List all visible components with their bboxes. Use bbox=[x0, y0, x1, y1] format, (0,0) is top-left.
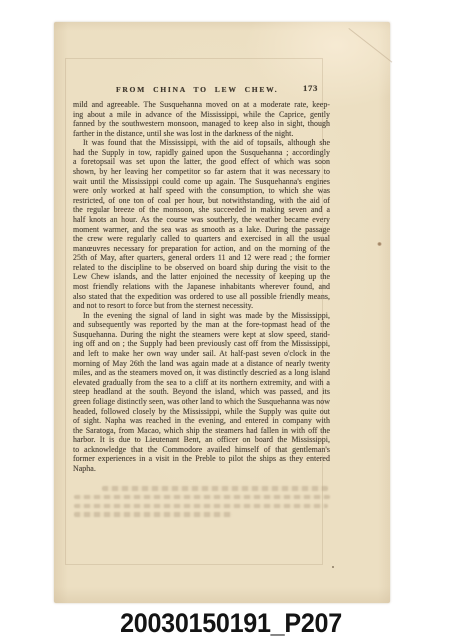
text-line: headed, followed closely by the Mississi… bbox=[73, 407, 330, 417]
text-line: wait until the Mississippi could come up… bbox=[73, 177, 330, 187]
text-line: were only worked at half speed with the … bbox=[73, 186, 330, 196]
corner-crease bbox=[348, 28, 392, 63]
text-line: Napha. bbox=[73, 464, 330, 474]
scan-canvas: FROM CHINA TO LEW CHEW. 173 mild and agr… bbox=[0, 0, 449, 640]
text-line: and left to make her own way under sail.… bbox=[73, 349, 330, 359]
text-line: a foretopsail was set upon the latter, t… bbox=[73, 157, 330, 167]
text-line: fanned by the southwestern monsoon, mana… bbox=[73, 119, 330, 129]
text-line: miles, and as the steamers moved on, it … bbox=[73, 368, 330, 378]
text-line: It was found that the Mississippi, with … bbox=[73, 138, 330, 148]
text-line: had the Supply in tow, rapidly gained up… bbox=[73, 148, 330, 158]
text-line: Lew Chew islands, and the latter enjoine… bbox=[73, 272, 330, 282]
text-line: moment warmer, and the sea was as smooth… bbox=[73, 225, 330, 235]
text-line: most friendly relations with the Japanes… bbox=[73, 282, 330, 292]
text-line: the Saratoga, from Macao, which ship the… bbox=[73, 426, 330, 436]
bleed-through-line bbox=[74, 504, 328, 509]
bleed-through-text bbox=[74, 486, 330, 521]
foxing-spot bbox=[377, 242, 382, 246]
bleed-through-line bbox=[74, 512, 232, 517]
text-line: of sight. Napha was reached in the eveni… bbox=[73, 416, 330, 426]
page-number: 173 bbox=[303, 83, 318, 93]
text-line: shown, by her leaving her competitor so … bbox=[73, 167, 330, 177]
text-line: 25th of May, after quarters, general ord… bbox=[73, 253, 330, 263]
text-line: ing about a mile in advance of the Missi… bbox=[73, 110, 330, 120]
text-line: green foliage distinctly seen, was other… bbox=[73, 397, 330, 407]
text-line: elevated gradually from the sea to a cli… bbox=[73, 378, 330, 388]
text-line: In the evening the signal of land in sig… bbox=[73, 311, 330, 321]
text-line: farther in the distance, until she was l… bbox=[73, 129, 330, 139]
text-line: half knots an hour. As the course was so… bbox=[73, 215, 330, 225]
ink-speck bbox=[332, 566, 334, 568]
text-line: morning of May 26th the land was again m… bbox=[73, 359, 330, 369]
scanned-page: FROM CHINA TO LEW CHEW. 173 mild and agr… bbox=[54, 22, 390, 603]
text-line: Susquehanna. During the night the steame… bbox=[73, 330, 330, 340]
bleed-through-line bbox=[74, 495, 330, 500]
text-line: ing off and on ; the Supply had been pre… bbox=[73, 339, 330, 349]
text-line: harbor. It is due to Lieutenant Bent, an… bbox=[73, 435, 330, 445]
text-line: former experiences in a visit in the Pre… bbox=[73, 454, 330, 464]
text-line: steep headland at the south. Beyond the … bbox=[73, 387, 330, 397]
text-line: also stated that the expedition was orde… bbox=[73, 292, 330, 302]
body-text: mild and agreeable. The Susquehanna move… bbox=[73, 100, 330, 474]
text-line: the regular breeze of the monsoon, she s… bbox=[73, 205, 330, 215]
text-line: related to the discipline to be observed… bbox=[73, 263, 330, 273]
text-line: mild and agreeable. The Susquehanna move… bbox=[73, 100, 330, 110]
text-line: and not to resort to force but from the … bbox=[73, 301, 330, 311]
archive-label: 20030150191_P207 bbox=[120, 608, 342, 639]
running-title: FROM CHINA TO LEW CHEW. bbox=[116, 85, 278, 94]
text-line: restricted, of one ton of coal per hour,… bbox=[73, 196, 330, 206]
text-line: and subsequently was reported by the man… bbox=[73, 320, 330, 330]
text-line: the crew were regularly called to quarte… bbox=[73, 234, 330, 244]
text-line: to acknowledge that the Commodore availe… bbox=[73, 445, 330, 455]
text-line: manœuvres necessary for preparation for … bbox=[73, 244, 330, 254]
bleed-through-line bbox=[102, 486, 328, 491]
